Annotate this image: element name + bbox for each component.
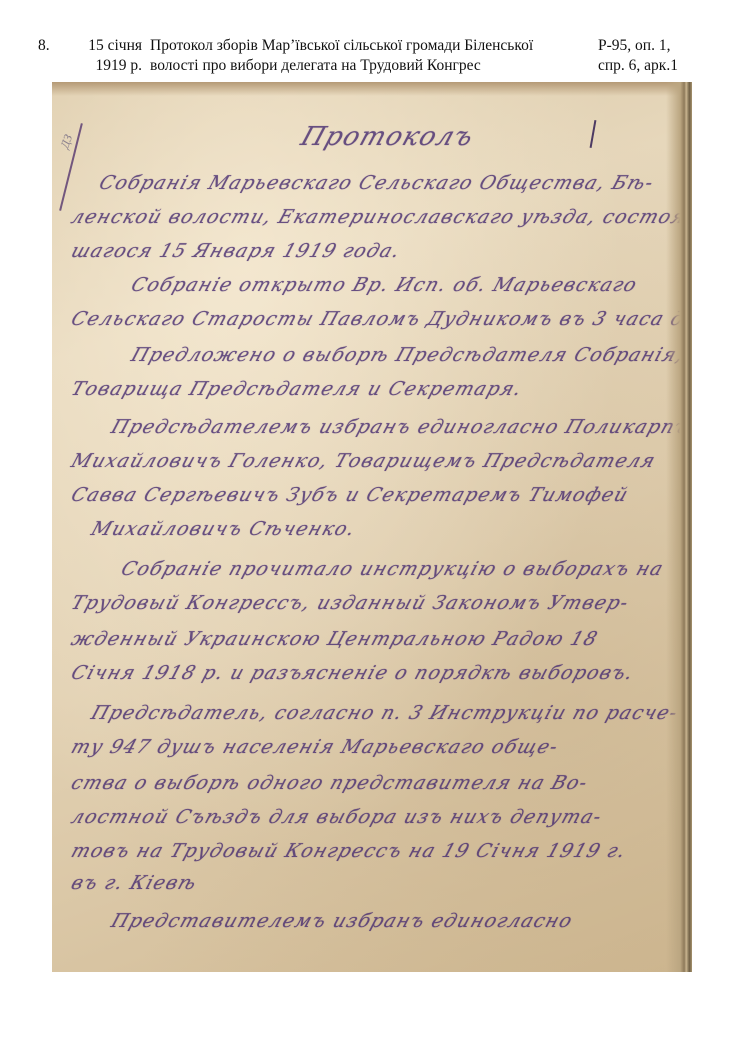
manuscript-line: ства о выборѣ одного представителя на Во… [68,772,591,794]
manuscript-line: Січня 1918 р. и разъясненіе о порядкѣ вы… [68,662,636,684]
entry-date: 15 січня 1919 р. [70,36,142,76]
manuscript-line: жденный Украинскою Центральною Радою 18 [68,628,601,650]
entry-title-line2: волості про вибори делегата на Трудовий … [150,56,590,76]
manuscript-line: Товарища Предсѣдателя и Секретаря. [68,378,525,400]
margin-note: ДЗ [57,133,76,151]
manuscript-line: товъ на Трудовый Конгрессъ на 19 Січня 1… [68,840,629,862]
manuscript-line: Предложено о выборѣ Предсѣдателя Собрані… [128,344,687,366]
entry-title: Протокол зборів Мар’ївської сільської гр… [150,36,590,76]
manuscript-line: Собраніе прочитало инструкцію о выборахъ… [118,558,666,580]
folio-mark [590,120,597,148]
manuscript-line: Предсѣдатель, согласно п. 3 Инструкціи п… [88,702,681,724]
entry-number: 8. [38,36,50,56]
archive-reference: Р-95, оп. 1, спр. 6, арк.1 [598,36,708,76]
archive-reference-line2: спр. 6, арк.1 [598,56,708,76]
manuscript-line: Предсѣдателемъ избранъ единогласно Полик… [108,416,692,438]
manuscript-line: ленской волости, Екатеринославскаго уѣзд… [68,206,692,228]
manuscript-scan: ДЗ Протоколъ Собранія Марьевскаго Сельск… [52,82,692,972]
manuscript-line: Михайловичъ Сѣченко. [88,518,358,540]
manuscript-line: лостной Съѣздъ для выбора изъ нихъ депут… [68,806,605,828]
manuscript-title: Протоколъ [297,122,478,152]
manuscript-line: шагося 15 Января 1919 года. [68,240,403,262]
manuscript-line: Савва Сергѣевичъ Зубъ и Секретаремъ Тимо… [68,484,631,506]
manuscript-line: Собранія Марьевскаго Сельскаго Общества,… [96,172,657,194]
archive-reference-line1: Р-95, оп. 1, [598,36,708,56]
manuscript-line: въ г. Кіевѣ [68,872,200,894]
entry-date-day: 15 січня [70,36,142,56]
document-header-row: 8. 15 січня 1919 р. Протокол зборів Мар’… [0,36,744,80]
entry-date-year: 1919 р. [70,56,142,76]
entry-title-line1: Протокол зборів Мар’ївської сільської гр… [150,36,590,56]
manuscript-line: Собраніе открыто Вр. Исп. об. Марьевскаг… [128,274,640,296]
manuscript-line: ту 947 душъ населенія Марьевскаго обще- [68,736,561,758]
manuscript-line: Михайловичъ Голенко, Товарищемъ Предсѣда… [68,450,658,472]
manuscript-line: Трудовый Конгрессъ, изданный Закономъ Ут… [68,592,632,614]
manuscript-line: Сельскаго Старосты Павломъ Дудникомъ въ … [68,308,692,330]
